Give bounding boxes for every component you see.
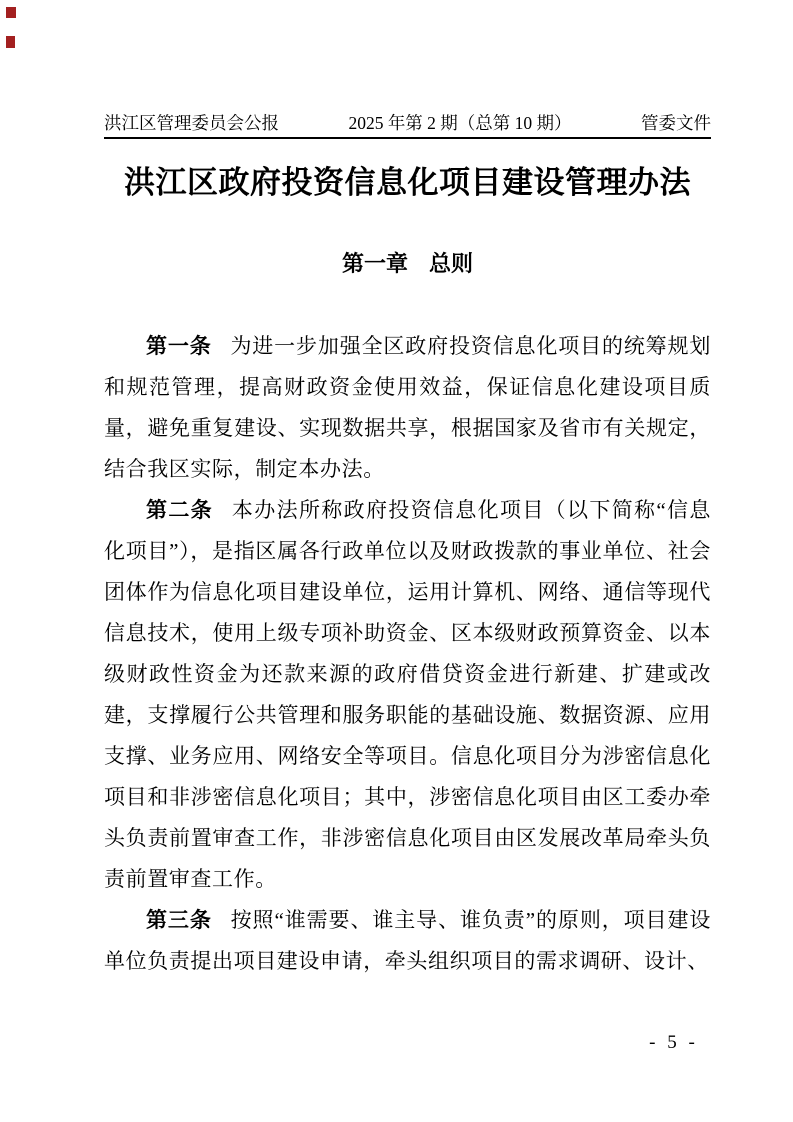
chapter-name: 总则 — [429, 251, 473, 276]
document-body: 第一条为进一步加强全区政府投资信息化项目的统筹规划和规范管理，提高财政资金使用效… — [104, 326, 711, 982]
article-3-label: 第三条 — [146, 909, 212, 932]
chapter-heading: 第一章总则 — [104, 251, 711, 277]
article-3: 第三条按照“谁需要、谁主导、谁负责”的原则，项目建设单位负责提出项目建设申请，牵… — [104, 900, 711, 982]
scan-artifact — [6, 7, 16, 18]
document-title: 洪江区政府投资信息化项目建设管理办法 — [104, 164, 711, 202]
page-content: 洪江区管理委员会公报 2025 年第 2 期（总第 10 期） 管委文件 洪江区… — [104, 0, 711, 982]
article-1: 第一条为进一步加强全区政府投资信息化项目的统筹规划和规范管理，提高财政资金使用效… — [104, 326, 711, 490]
article-1-label: 第一条 — [146, 335, 212, 358]
chapter-number: 第一章 — [342, 251, 408, 276]
header-publication-name: 洪江区管理委员会公报 — [104, 112, 279, 134]
article-2: 第二条本办法所称政府投资信息化项目（以下简称“信息化项目”），是指区属各行政单位… — [104, 490, 711, 900]
document-page: 洪江区管理委员会公报 2025 年第 2 期（总第 10 期） 管委文件 洪江区… — [0, 0, 793, 1122]
header-issue-info: 2025 年第 2 期（总第 10 期） — [348, 112, 571, 134]
article-2-label: 第二条 — [146, 499, 213, 522]
scan-artifact — [6, 36, 15, 48]
article-2-text: 本办法所称政府投资信息化项目（以下简称“信息化项目”），是指区属各行政单位以及财… — [104, 498, 711, 891]
page-header: 洪江区管理委员会公报 2025 年第 2 期（总第 10 期） 管委文件 — [104, 112, 711, 139]
header-doc-type: 管委文件 — [641, 112, 711, 134]
page-number: - 5 - — [612, 1031, 732, 1055]
